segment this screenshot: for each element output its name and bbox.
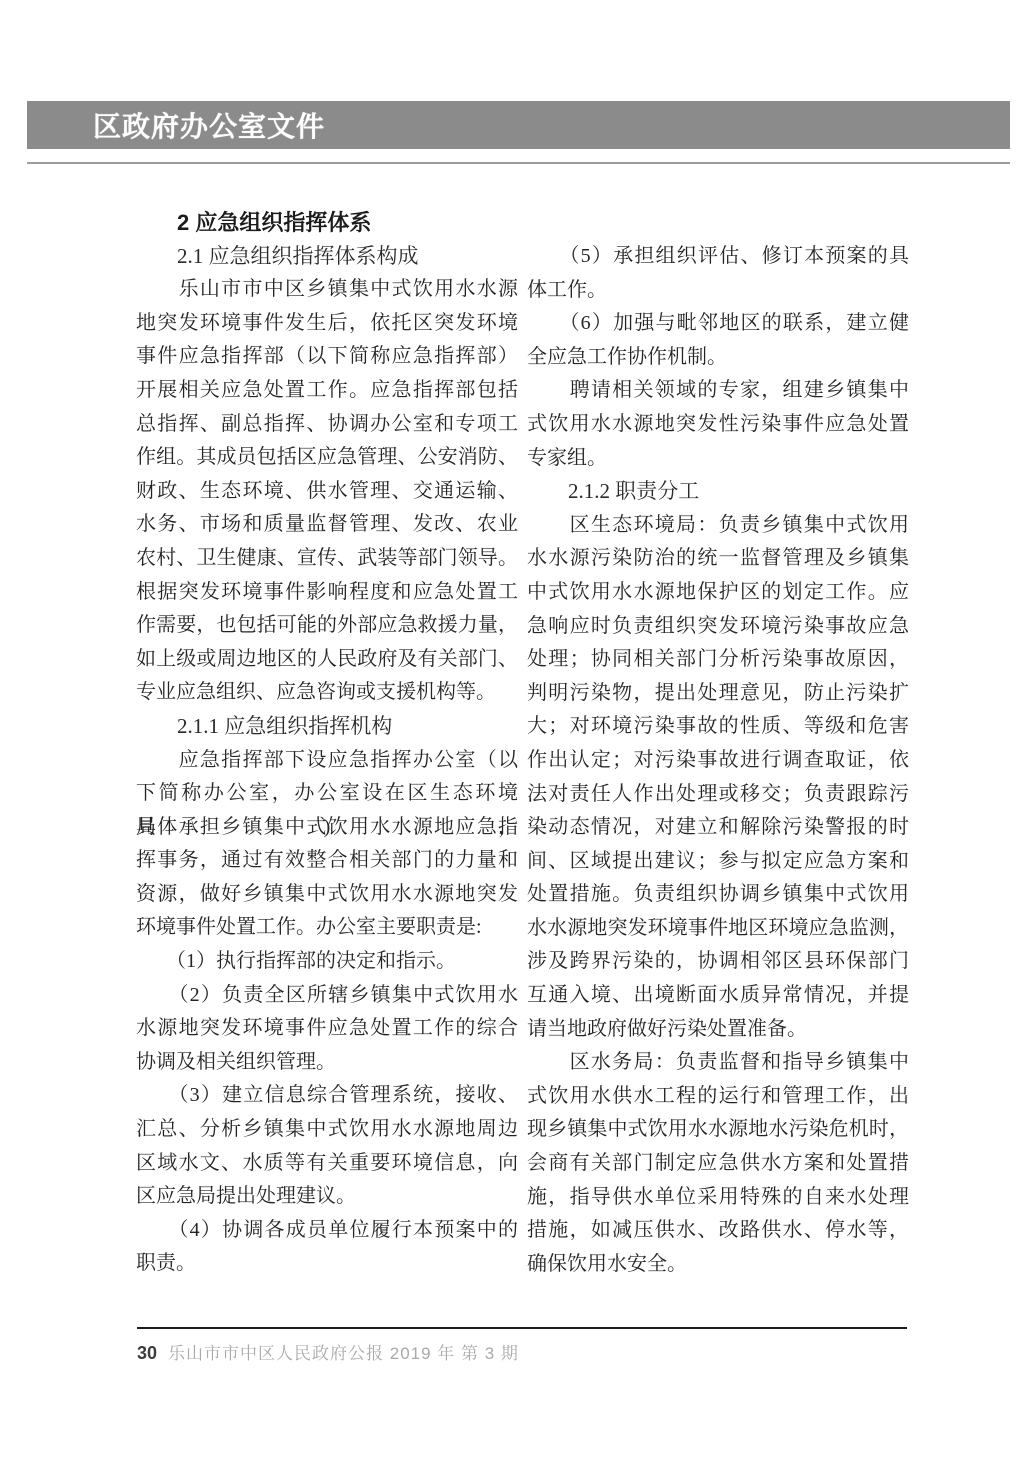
text-line: 水水源污染防治的统一监督管理及乡镇集 <box>527 542 909 576</box>
text-line: 应急指挥部下设应急指挥办公室（以 <box>136 744 518 778</box>
text-line: 判明污染物，提出处理意见，防止污染扩 <box>527 677 909 711</box>
sub-heading: 2.1.2 职责分工 <box>527 475 909 509</box>
text-line: 专家组。 <box>527 442 909 476</box>
footer-divider-line <box>137 1327 907 1329</box>
text-line: 如上级或周边地区的人民政府及有关部门、 <box>136 643 518 677</box>
gazette-title: 乐山市市中区人民政府公报 2019 年 第 3 期 <box>168 1339 519 1364</box>
text-line: 环境事件处置工作。办公室主要职责是: <box>136 911 518 945</box>
text-line: 处置措施。负责组织协调乡镇集中式饮用 <box>527 878 909 912</box>
text-line: 开展相关应急处置工作。应急指挥部包括 <box>136 374 518 408</box>
text-line: 式饮用水水源地突发性污染事件应急处置 <box>527 408 909 442</box>
text-line: 涉及跨界污染的，协调相邻区县环保部门 <box>527 945 909 979</box>
text-line: （2）负责全区所辖乡镇集中式饮用水 <box>136 979 518 1013</box>
text-line: 区水务局：负责监督和指导乡镇集中 <box>527 1046 909 1080</box>
text-line: 具体承担乡镇集中式饮用水水源地应急指 <box>136 811 518 845</box>
text-line: 大；对环境污染事故的性质、等级和危害 <box>527 710 909 744</box>
page-number: 30 <box>137 1343 157 1364</box>
header-title: 区政府办公室文件 <box>93 105 325 145</box>
text-line: 挥事务，通过有效整合相关部门的力量和 <box>136 844 518 878</box>
text-line: 总指挥、副总指挥、协调办公室和专项工 <box>136 408 518 442</box>
text-line: 全应急工作协作机制。 <box>527 341 909 375</box>
document-header-banner: 区政府办公室文件 <box>27 101 1010 149</box>
sub-heading: 2.1.1 应急组织指挥机构 <box>136 710 518 744</box>
text-line: （6）加强与毗邻地区的联系，建立健 <box>527 307 909 341</box>
text-line: 事件应急指挥部（以下简称应急指挥部） <box>136 340 518 374</box>
text-line: 汇总、分析乡镇集中式饮用水水源地周边 <box>136 1113 518 1147</box>
text-line: 急响应时负责组织突发环境污染事故应急 <box>527 610 909 644</box>
text-line: （4）协调各成员单位履行本预案中的 <box>136 1214 518 1248</box>
text-line: （5）承担组织评估、修订本预案的具 <box>527 240 909 274</box>
footer: 30 乐山市市中区人民政府公报 2019 年 第 3 期 <box>137 1339 519 1364</box>
text-line: 确保饮用水安全。 <box>527 1248 909 1282</box>
text-line: 水水源地突发环境事件地区环境应急监测， <box>527 912 909 946</box>
text-line: 间、区域提出建议；参与拟定应急方案和 <box>527 845 909 879</box>
left-text-column: 2 应急组织指挥体系2.1 应急组织指挥体系构成 乐山市市中区乡镇集中式饮用水水… <box>136 206 518 1281</box>
sub-heading: 2.1 应急组织指挥体系构成 <box>136 240 518 274</box>
text-line: 职责。 <box>136 1247 518 1281</box>
text-line: 农村、卫生健康、宣传、武装等部门领导。 <box>136 542 518 576</box>
text-line: 聘请相关领域的专家，组建乡镇集中 <box>527 374 909 408</box>
text-line: 乐山市市中区乡镇集中式饮用水水源 <box>136 273 518 307</box>
text-line: 区域水文、水质等有关重要环境信息，向 <box>136 1147 518 1181</box>
text-line: 资源，做好乡镇集中式饮用水水源地突发 <box>136 878 518 912</box>
section-heading: 2 应急组织指挥体系 <box>136 206 518 240</box>
text-line: 会商有关部门制定应急供水方案和处置措 <box>527 1147 909 1181</box>
text-line: 互通入境、出境断面水质异常情况，并提 <box>527 979 909 1013</box>
text-line: 根据突发环境事件影响程度和应急处置工 <box>136 576 518 610</box>
text-line: 处理；协同相关部门分析污染事故原因， <box>527 643 909 677</box>
text-line: 作组。其成员包括区应急管理、公安消防、 <box>136 441 518 475</box>
text-line: 水源地突发环境事件应急处置工作的综合 <box>136 1012 518 1046</box>
right-text-column: （5）承担组织评估、修订本预案的具体工作。 （6）加强与毗邻地区的联系，建立健全… <box>527 240 909 1281</box>
text-line: 请当地政府做好污染处置准备。 <box>527 1013 909 1047</box>
text-line: 区生态环境局：负责乡镇集中式饮用 <box>527 509 909 543</box>
text-line: 施，指导供水单位采用特殊的自来水处理 <box>527 1181 909 1215</box>
gazette-page: { "header": { "title": "区政府办公室文件" }, "fo… <box>0 0 1035 1465</box>
text-line: 协调及相关组织管理。 <box>136 1046 518 1080</box>
text-line: 下简称办公室，办公室设在区生态环境局)， <box>136 777 518 811</box>
text-line: （3）建立信息综合管理系统，接收、 <box>136 1079 518 1113</box>
text-line: 水务、市场和质量监督管理、发改、农业 <box>136 508 518 542</box>
text-line: 现乡镇集中式饮用水水源地水污染危机时， <box>527 1113 909 1147</box>
text-line: 体工作。 <box>527 274 909 308</box>
text-line: 作需要，也包括可能的外部应急救援力量， <box>136 609 518 643</box>
text-line: 法对责任人作出处理或移交；负责跟踪污 <box>527 778 909 812</box>
text-line: 措施，如减压供水、改路供水、停水等， <box>527 1214 909 1248</box>
text-line: 地突发环境事件发生后，依托区突发环境 <box>136 307 518 341</box>
text-line: 作出认定；对污染事故进行调查取证，依 <box>527 744 909 778</box>
text-line: 区应急局提出处理建议。 <box>136 1180 518 1214</box>
text-line: 专业应急组织、应急咨询或支援机构等。 <box>136 676 518 710</box>
text-line: （1）执行指挥部的决定和指示。 <box>136 945 518 979</box>
header-divider-line <box>27 162 1010 164</box>
text-line: 财政、生态环境、供水管理、交通运输、 <box>136 475 518 509</box>
text-line: 染动态情况，对建立和解除污染警报的时 <box>527 811 909 845</box>
text-line: 式饮用水供水工程的运行和管理工作，出 <box>527 1080 909 1114</box>
text-line: 中式饮用水水源地保护区的划定工作。应 <box>527 576 909 610</box>
